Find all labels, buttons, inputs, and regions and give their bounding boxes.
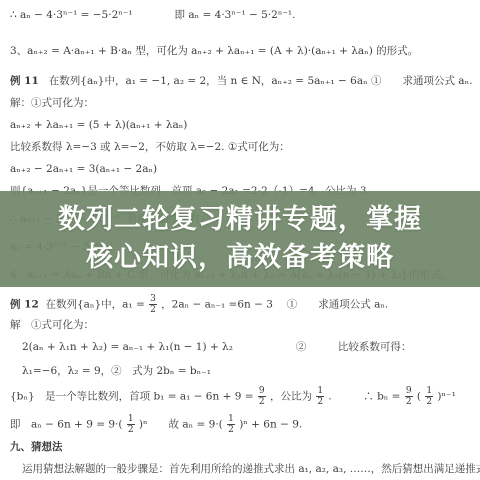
section-heading: 九、猜想法 <box>10 440 63 454</box>
fraction: 92 <box>405 386 413 407</box>
text: ( <box>417 391 421 403</box>
banner-title-line-2: 核心知识，高效备考策略 <box>86 239 394 277</box>
example-11-line: 例 11 在数列{aₙ}中，a₁ = −1, a₂ = 2，当 n ∈ N，aₙ… <box>10 74 472 88</box>
example-text: 在数列{aₙ}中，a₁ = −1, a₂ = 2，当 n ∈ N，aₙ₊₂ = … <box>49 75 473 87</box>
text: {bₙ} 是一个等比数列，首项 b₁ = a₁ − 6n + 9 = <box>10 391 254 403</box>
solution-intro: 解：①式可化为： <box>10 96 94 110</box>
text: . ∴ bₙ = <box>328 391 400 403</box>
text: )ⁿ 故 aₙ = 9·( <box>139 419 223 431</box>
example-text: ，2aₙ − aₙ₋₁ =6n − 3 ① 求通项公式 aₙ. <box>161 299 388 311</box>
formula-line: 2(aₙ + λ₁n + λ₂) = aₙ₋₁ + λ₁(n − 1) + λ₂… <box>22 340 411 354</box>
fraction: 32 <box>149 294 157 315</box>
example-12-line: 例 12 在数列{aₙ}中，a₁ = 32 ，2aₙ − aₙ₋₁ =6n − … <box>10 294 388 315</box>
title-banner: 数列二轮复习精讲专题，掌握 核心知识，高效备考策略 <box>0 191 480 287</box>
fraction: 12 <box>127 414 135 435</box>
example-text: 在数列{aₙ}中，a₁ = <box>45 299 144 311</box>
paragraph-line: 运用猜想法解题的一般步骤是：首先利用所给的递推式求出 a₁, a₂, a₃, …… <box>22 462 480 476</box>
method-heading-3: 3、aₙ₊₂ = A·aₙ₊₁ + B·aₙ 型，可化为 aₙ₊₂ + λaₙ₊… <box>10 44 418 58</box>
example-label: 例 11 <box>10 75 39 87</box>
example-label: 例 12 <box>10 299 39 311</box>
banner-title-line-1: 数列二轮复习精讲专题，掌握 <box>58 201 422 239</box>
result-line: 即 aₙ − 6n + 9 = 9·( 12 )ⁿ 故 aₙ = 9·( 12 … <box>10 414 302 435</box>
fraction: 12 <box>227 414 235 435</box>
formula-line: aₙ₊₂ − 2aₙ₊₁ = 3(aₙ₊₁ − 2aₙ) <box>10 162 157 176</box>
formula-line: aₙ₊₂ + λaₙ₊₁ = (5 + λ)(aₙ₊₁ + λaₙ) <box>10 118 187 132</box>
solution-intro: 解 ①式可化为： <box>10 318 94 332</box>
text: )ⁿ + 6n − 9. <box>239 419 302 431</box>
fraction: 92 <box>258 386 266 407</box>
coefficient-line: 比较系数得 λ=−3 或 λ=−2，不妨取 λ=−2. ①式可化为： <box>10 140 290 154</box>
formula-line: ∴ aₙ − 4·3ⁿ⁻¹ = −5·2ⁿ⁻¹ 即 aₙ = 4·3ⁿ⁻¹ − … <box>10 8 295 22</box>
text: 即 aₙ − 6n + 9 = 9·( <box>10 419 122 431</box>
text: ，公比为 <box>270 391 312 403</box>
fraction: 12 <box>425 386 433 407</box>
formula-line: λ₁=−6，λ₂ = 9，② 式为 2bₙ = bₙ₋₁ <box>22 364 211 378</box>
text: )ⁿ⁻¹ <box>437 391 455 403</box>
fraction: 12 <box>316 386 324 407</box>
geometric-sequence-line: {bₙ} 是一个等比数列，首项 b₁ = a₁ − 6n + 9 = 92 ，公… <box>10 386 456 407</box>
